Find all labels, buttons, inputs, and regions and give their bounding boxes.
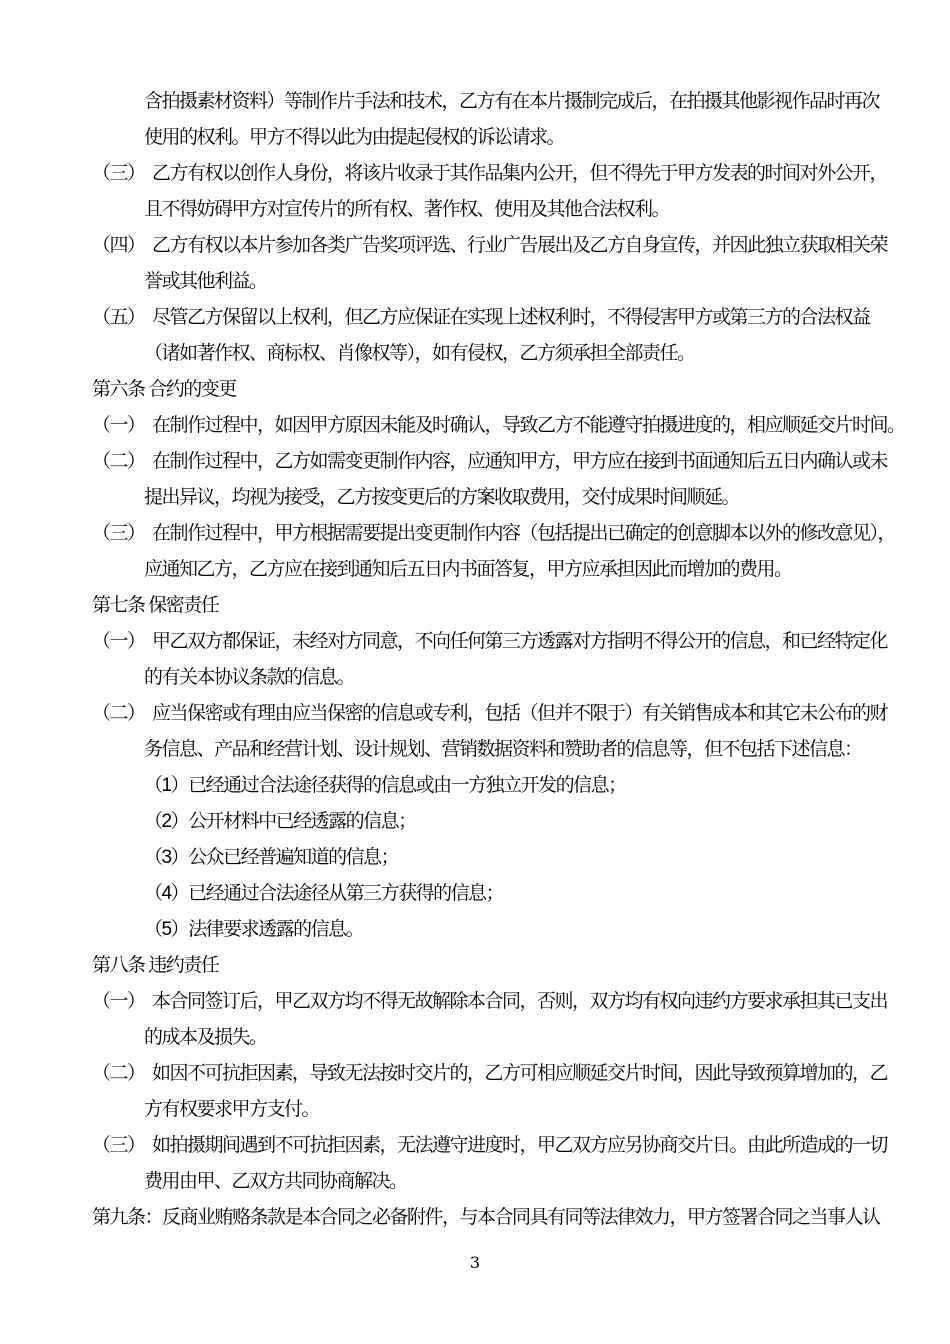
clause-item-line: 的有关本协议条款的信息。	[92, 660, 912, 696]
item-marker: （三）	[92, 1128, 152, 1164]
clause-item-line: （一）本合同签订后，甲乙双方均不得无故解除本合同，否则，双方均有权向违约方要求承…	[92, 984, 912, 1020]
line-text: 本合同签订后，甲乙双方均不得无故解除本合同，否则，双方均有权向违约方要求承担其已…	[152, 991, 887, 1012]
line-text: 的有关本协议条款的信息。	[144, 667, 354, 688]
clause-item-line: （一）甲乙双方都保证，未经对方同意，不向任何第三方透露对方指明不得公开的信息，和…	[92, 624, 912, 660]
sub-item-line: （5）法律要求透露的信息。	[92, 912, 912, 948]
line-text: 应当保密或有理由应当保密的信息或专利，包括（但并不限于）有关销售成本和其它未公布…	[152, 703, 887, 724]
clause-item-line: 誉或其他利益。	[92, 264, 912, 300]
item-marker: （2）	[144, 811, 188, 832]
clause-line: 第九条：反商业贿赂条款是本合同之必备附件，与本合同具有同等法律效力，甲方签署合同…	[92, 1200, 912, 1236]
clause-item-line: （二）如因不可抗拒因素，导致无法按时交片的，乙方可相应顺延交片时间，因此导致预算…	[92, 1056, 912, 1092]
item-marker: （一）	[92, 408, 152, 444]
line-text: 尽管乙方保留以上权利，但乙方应保证在实现上述权利时，不得侵害甲方或第三方的合法权…	[152, 307, 870, 328]
line-text: 乙方有权以创作人身份，将该片收录于其作品集内公开，但不得先于甲方发表的时间对外公…	[152, 163, 887, 184]
clause-item-line: 提出异议，均视为接受，乙方按变更后的方案收取费用，交付成果时间顺延。	[92, 480, 912, 516]
line-text: 誉或其他利益。	[144, 271, 267, 292]
clause-heading: 第八条 违约责任	[92, 948, 912, 984]
item-marker: （四）	[92, 228, 152, 264]
sub-item-line: （1）已经通过合法途径获得的信息或由一方独立开发的信息；	[92, 768, 912, 804]
clause-item-line: 方有权要求甲方支付。	[92, 1092, 912, 1128]
line-text: 公开材料中已经透露的信息；	[188, 811, 416, 832]
line-text: 反商业贿赂条款是本合同之必备附件，与本合同具有同等法律效力，甲方签署合同之当事人…	[162, 1207, 880, 1228]
clause-item-line: 费用由甲、乙双方共同协商解决。	[92, 1164, 912, 1200]
line-text: 的成本及损失。	[144, 1027, 267, 1048]
clause-item-line: 的成本及损失。	[92, 1020, 912, 1056]
sub-item-line: （4）已经通过合法途径从第三方获得的信息；	[92, 876, 912, 912]
clause-heading: 第七条 保密责任	[92, 588, 912, 624]
item-marker: （一）	[92, 624, 152, 660]
clause-heading: 第六条 合约的变更	[92, 372, 912, 408]
line-text: 在制作过程中，甲方根据需要提出变更制作内容（包括提出已确定的创意脚本以外的修改意…	[152, 523, 895, 544]
item-marker: （5）	[144, 919, 188, 940]
line-text: 方有权要求甲方支付。	[144, 1099, 319, 1120]
clause-item-line: （一）在制作过程中，如因甲方原因未能及时确认，导致乙方不能遵守拍摄进度的，相应顺…	[92, 408, 912, 444]
continuation-line: 使用的权利。甲方不得以此为由提起侵权的诉讼请求。	[92, 120, 912, 156]
clause-item-line: （诸如著作权、商标权、肖像权等），如有侵权，乙方须承担全部责任。	[92, 336, 912, 372]
line-text: 已经通过合法途径从第三方获得的信息；	[188, 883, 503, 904]
item-marker: （五）	[92, 300, 152, 336]
item-marker: （二）	[92, 696, 152, 732]
line-text: 如拍摄期间遇到不可抗拒因素，无法遵守进度时，甲乙双方应另协商交片日。由此所造成的…	[152, 1135, 887, 1156]
page-number: 3	[0, 1254, 950, 1272]
line-text: 且不得妨碍甲方对宣传片的所有权、著作权、使用及其他合法权利。	[144, 199, 669, 220]
line-text: 务信息、产品和经营计划、设计规划、营销数据资料和赞助者的信息等，但不包括下述信息…	[144, 739, 862, 760]
item-marker: （3）	[144, 847, 188, 868]
item-marker: 第九条：	[92, 1207, 162, 1228]
clause-item-line: （三）在制作过程中，甲方根据需要提出变更制作内容（包括提出已确定的创意脚本以外的…	[92, 516, 912, 552]
contract-body: 含拍摄素材资料）等制作片手法和技术，乙方有在本片摄制完成后，在拍摄其他影视作品时…	[92, 84, 912, 1236]
line-text: 应通知乙方，乙方应在接到通知后五日内书面答复，甲方应承担因此而增加的费用。	[144, 559, 792, 580]
line-text: 在制作过程中，乙方如需变更制作内容，应通知甲方，甲方应在接到书面通知后五日内确认…	[152, 451, 887, 472]
clause-item-line: （三）乙方有权以创作人身份，将该片收录于其作品集内公开，但不得先于甲方发表的时间…	[92, 156, 912, 192]
line-text: 法律要求透露的信息。	[188, 919, 363, 940]
line-text: 公众已经普遍知道的信息；	[188, 847, 398, 868]
line-text: 提出异议，均视为接受，乙方按变更后的方案收取费用，交付成果时间顺延。	[144, 487, 739, 508]
item-marker: （二）	[92, 444, 152, 480]
line-text: 如因不可抗拒因素，导致无法按时交片的，乙方可相应顺延交片时间，因此导致预算增加的…	[152, 1063, 887, 1084]
line-text: 乙方有权以本片参加各类广告奖项评选、行业广告展出及乙方自身宣传，并因此独立获取相…	[152, 235, 887, 256]
clause-item-line: 且不得妨碍甲方对宣传片的所有权、著作权、使用及其他合法权利。	[92, 192, 912, 228]
clause-item-line: 务信息、产品和经营计划、设计规划、营销数据资料和赞助者的信息等，但不包括下述信息…	[92, 732, 912, 768]
item-marker: （一）	[92, 984, 152, 1020]
contract-page: 含拍摄素材资料）等制作片手法和技术，乙方有在本片摄制完成后，在拍摄其他影视作品时…	[0, 0, 950, 1344]
clause-item-line: （五）尽管乙方保留以上权利，但乙方应保证在实现上述权利时，不得侵害甲方或第三方的…	[92, 300, 912, 336]
line-text: 甲乙双方都保证，未经对方同意，不向任何第三方透露对方指明不得公开的信息，和已经特…	[152, 631, 887, 652]
item-marker: （三）	[92, 516, 152, 552]
continuation-line: 含拍摄素材资料）等制作片手法和技术，乙方有在本片摄制完成后，在拍摄其他影视作品时…	[92, 84, 912, 120]
item-marker: （三）	[92, 156, 152, 192]
line-text: 含拍摄素材资料）等制作片手法和技术，乙方有在本片摄制完成后，在拍摄其他影视作品时…	[144, 91, 879, 112]
line-text: 费用由甲、乙双方共同协商解决。	[144, 1171, 407, 1192]
clause-item-line: （二）在制作过程中，乙方如需变更制作内容，应通知甲方，甲方应在接到书面通知后五日…	[92, 444, 912, 480]
line-text: 已经通过合法途径获得的信息或由一方独立开发的信息；	[188, 775, 626, 796]
sub-item-line: （2）公开材料中已经透露的信息；	[92, 804, 912, 840]
item-marker: （4）	[144, 883, 188, 904]
clause-item-line: 应通知乙方，乙方应在接到通知后五日内书面答复，甲方应承担因此而增加的费用。	[92, 552, 912, 588]
line-text: 在制作过程中，如因甲方原因未能及时确认，导致乙方不能遵守拍摄进度的，相应顺延交片…	[152, 415, 905, 436]
clause-item-line: （三）如拍摄期间遇到不可抗拒因素，无法遵守进度时，甲乙双方应另协商交片日。由此所…	[92, 1128, 912, 1164]
clause-item-line: （四）乙方有权以本片参加各类广告奖项评选、行业广告展出及乙方自身宣传，并因此独立…	[92, 228, 912, 264]
item-marker: （1）	[144, 775, 188, 796]
line-text: （诸如著作权、商标权、肖像权等），如有侵权，乙方须承担全部责任。	[144, 343, 695, 364]
sub-item-line: （3）公众已经普遍知道的信息；	[92, 840, 912, 876]
item-marker: （二）	[92, 1056, 152, 1092]
line-text: 使用的权利。甲方不得以此为由提起侵权的诉讼请求。	[144, 127, 564, 148]
clause-item-line: （二）应当保密或有理由应当保密的信息或专利，包括（但并不限于）有关销售成本和其它…	[92, 696, 912, 732]
